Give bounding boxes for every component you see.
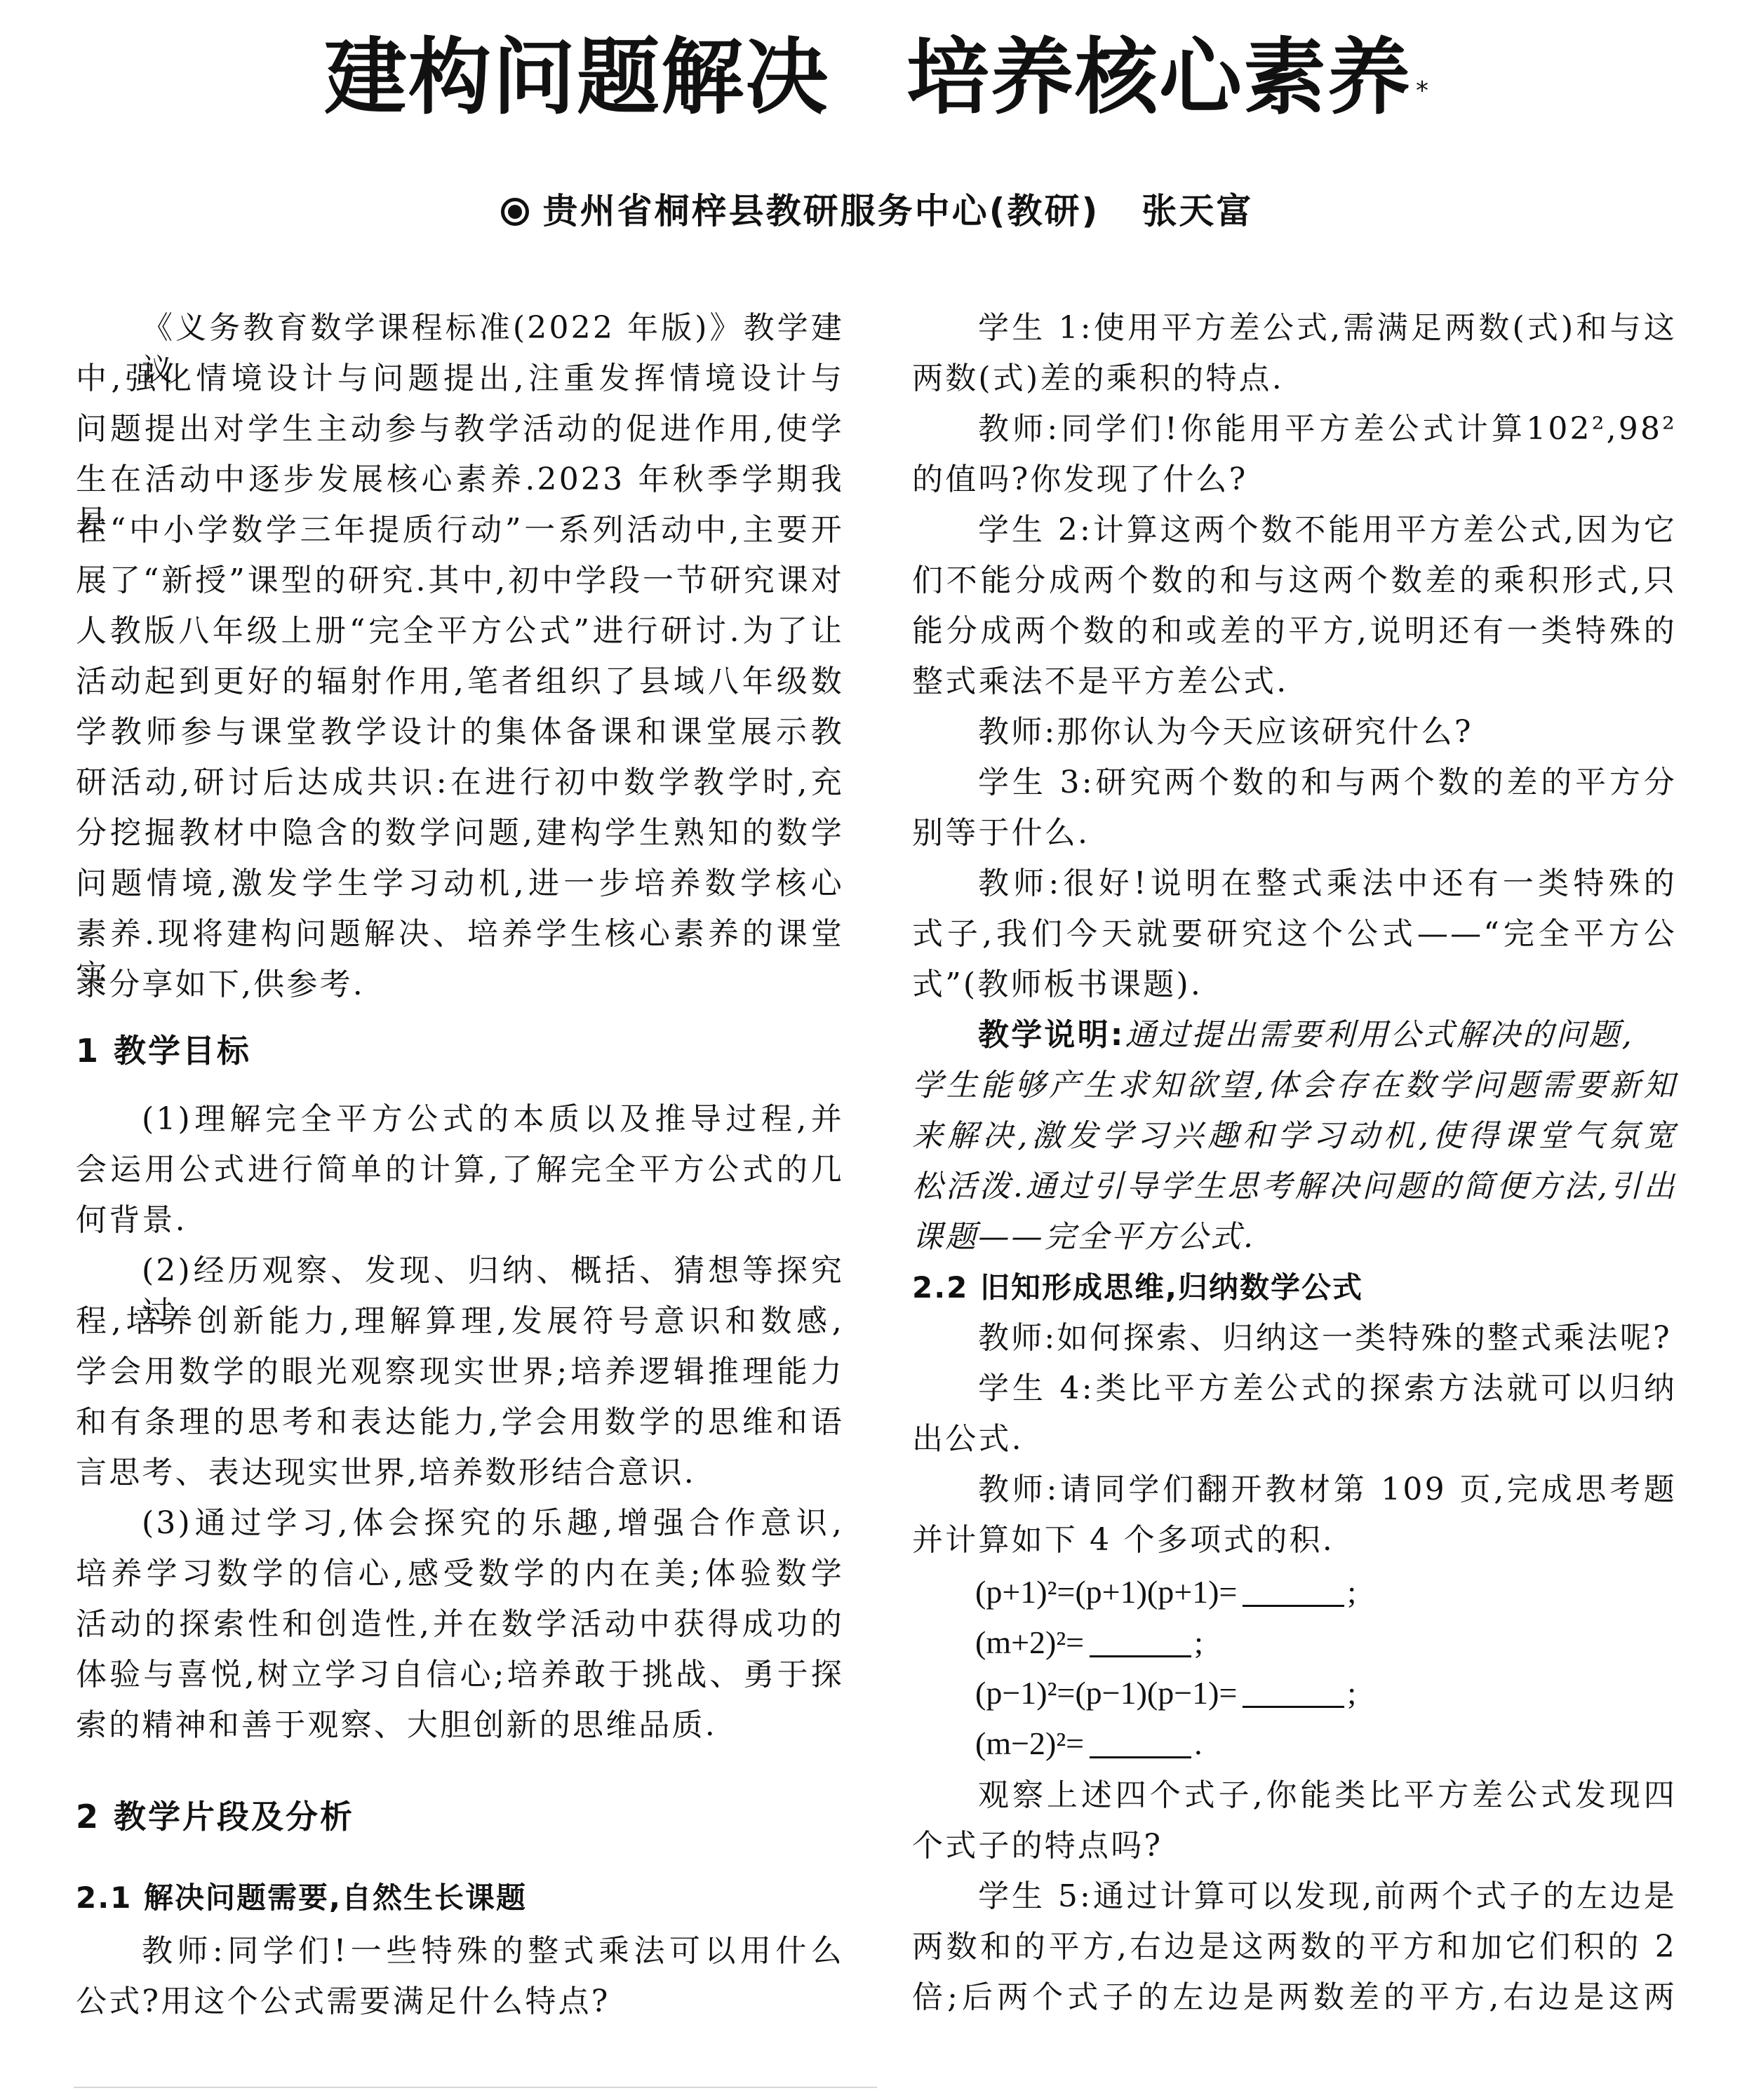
intro-line: 研活动,研讨后达成共识:在进行初中数学教学时,充	[76, 762, 844, 804]
title-footnote-mark: *	[1416, 76, 1430, 105]
subsection-heading-2-2: 2.2 旧知形成思维,归纳数学公式	[912, 1267, 1363, 1309]
section-heading-1: 1 教学目标	[76, 1030, 251, 1072]
dialogue-line: 式子,我们今天就要研究这个公式——“完全平方公	[912, 913, 1677, 955]
intro-line: 录分享如下,供参考.	[76, 964, 365, 1006]
goal-line: 活动的探索性和创造性,并在数学活动中获得成功的	[76, 1603, 844, 1645]
answer-blank[interactable]	[1090, 1627, 1191, 1657]
intro-line: 人教版八年级上册“完全平方公式”进行研讨.为了让	[76, 610, 844, 652]
teaching-note-line: 来解决,激发学习兴趣和学习动机,使得课堂气氛宽	[912, 1115, 1677, 1157]
teaching-note-line: 学生能够产生求知欲望,体会存在数学问题需要新知	[912, 1065, 1677, 1107]
formula-end: ;	[1347, 1675, 1356, 1711]
formula-expression: (p−1)²=(p−1)(p−1)=	[975, 1675, 1237, 1711]
dialogue-line: 学生 5:通过计算可以发现,前两个式子的左边是	[912, 1876, 1677, 1918]
goal-line: (1)理解完全平方公式的本质以及推导过程,并	[76, 1098, 844, 1140]
dialogue-line: 教师:请同学们翻开教材第 109 页,完成思考题	[912, 1469, 1677, 1511]
footnote-divider	[74, 2087, 877, 2088]
dialogue-line: 别等于什么.	[912, 812, 1090, 854]
formula-row: (p+1)²=(p+1)(p+1)=;	[975, 1571, 1356, 1613]
goal-line: 学会用数学的眼光观察现实世界;培养逻辑推理能力	[76, 1351, 844, 1393]
formula-expression: (p+1)²=(p+1)(p+1)=	[975, 1574, 1237, 1610]
goal-line: 和有条理的思考和表达能力,学会用数学的思维和语	[76, 1401, 844, 1443]
dialogue-line: 并计算如下 4 个多项式的积.	[912, 1519, 1334, 1561]
teaching-note-line: 课题——完全平方公式.	[912, 1216, 1255, 1258]
dialogue-line: 的值吗?你发现了什么?	[912, 459, 1247, 501]
dialogue-line: 教师:那你认为今天应该研究什么?	[912, 711, 1473, 753]
author-name: 张天富	[1142, 191, 1253, 231]
dialogue-line: 教师:如何探索、归纳这一类特殊的整式乘法呢?	[912, 1317, 1672, 1359]
dialogue-line: 学生 3:研究两个数的和与两个数的差的平方分	[912, 762, 1677, 804]
formula-expression: (m−2)²=	[975, 1725, 1084, 1761]
title-part-1: 建构问题解决	[324, 29, 829, 126]
goal-line: 会运用公式进行简单的计算,了解完全平方公式的几	[76, 1149, 844, 1191]
section-heading-2: 2 教学片段及分析	[76, 1796, 354, 1838]
intro-line: 学教师参与课堂教学设计的集体备课和课堂展示教	[76, 711, 844, 753]
goal-line: 言思考、表达现实世界,培养数形结合意识.	[76, 1452, 696, 1494]
dialogue-line: 两数(式)差的乘积的特点.	[912, 358, 1284, 400]
formula-expression: (m+2)²=	[975, 1624, 1084, 1660]
dialogue-line: 教师:很好!说明在整式乘法中还有一类特殊的	[912, 863, 1677, 905]
dialogue-line: 们不能分成两个数的和与这两个数差的乘积形式,只	[912, 560, 1677, 602]
dialogue-line: 能分成两个数的和或差的平方,说明还有一类特殊的	[912, 610, 1677, 652]
intro-line: 问题提出对学生主动参与教学活动的促进作用,使学	[76, 408, 844, 450]
dialogue-line: 式”(教师板书课题).	[912, 964, 1203, 1006]
dialogue-line: 学生 4:类比平方差公式的探索方法就可以归纳	[912, 1368, 1677, 1410]
teaching-note-label: 教学说明:	[978, 1017, 1125, 1053]
subsection-heading-2-1: 2.1 解决问题需要,自然生长课题	[76, 1877, 527, 1919]
dialogue-line: 整式乘法不是平方差公式.	[912, 661, 1288, 703]
dialogue-line: 观察上述四个式子,你能类比平方差公式发现四	[912, 1775, 1677, 1817]
intro-line: 展了“新授”课型的研究.其中,初中学段一节研究课对	[76, 560, 844, 602]
goal-line: 体验与喜悦,树立学习自信心;培养敢于挑战、勇于探	[76, 1654, 844, 1696]
formula-end: ;	[1347, 1574, 1356, 1610]
answer-blank[interactable]	[1243, 1577, 1344, 1607]
dialogue-line: 教师:同学们!一些特殊的整式乘法可以用什么	[76, 1930, 844, 1972]
intro-line: 活动起到更好的辐射作用,笔者组织了县域八年级数	[76, 661, 844, 703]
author-affiliation: 贵州省桐梓县教研服务中心(教研)	[543, 191, 1100, 231]
teaching-note-text: 通过提出需要利用公式解决的问题,	[1125, 1017, 1634, 1053]
teaching-note-line: 松活泼.通过引导学生思考解决问题的简便方法,引出	[912, 1166, 1677, 1208]
answer-blank[interactable]	[1243, 1678, 1344, 1708]
dialogue-line: 学生 1:使用平方差公式,需满足两数(式)和与这	[912, 307, 1677, 349]
goal-line: (3)通过学习,体会探究的乐趣,增强合作意识,	[76, 1502, 844, 1544]
goal-line: 程,培养创新能力,理解算理,发展符号意识和数感,	[76, 1300, 844, 1342]
formula-row: (p−1)²=(p−1)(p−1)=;	[975, 1672, 1356, 1714]
dialogue-line: 学生 2:计算这两个数不能用平方差公式,因为它	[912, 509, 1677, 551]
dialogue-line: 个式子的特点吗?	[912, 1825, 1163, 1867]
dialogue-line: 倍;后两个式子的左边是两数差的平方,右边是这两	[912, 1977, 1677, 2019]
dialogue-line: 两数和的平方,右边是这两数的平方和加它们积的 2	[912, 1926, 1677, 1968]
intro-line: 中,强化情境设计与问题提出,注重发挥情境设计与	[76, 358, 844, 400]
formula-end: ;	[1194, 1624, 1203, 1660]
title-part-2: 培养核心素养	[906, 29, 1412, 126]
dialogue-line: 教师:同学们!你能用平方差公式计算102²,98²	[912, 408, 1677, 450]
goal-line: 索的精神和善于观察、大胆创新的思维品质.	[76, 1704, 717, 1746]
formula-row: (m−2)²=.	[975, 1723, 1203, 1765]
byline: 贵州省桐梓县教研服务中心(教研)张天富	[0, 187, 1754, 236]
teaching-note-line: 教学说明:通过提出需要利用公式解决的问题,	[912, 1014, 1677, 1056]
intro-line: 分挖掘教材中隐含的数学问题,建构学生熟知的数学	[76, 812, 844, 854]
goal-line: 何背景.	[76, 1199, 187, 1241]
dialogue-line: 公式?用这个公式需要满足什么特点?	[76, 1981, 610, 2023]
intro-line: 问题情境,激发学生学习动机,进一步培养数学核心	[76, 863, 844, 905]
formula-row: (m+2)²=;	[975, 1622, 1203, 1664]
dialogue-line: 出公式.	[912, 1418, 1024, 1460]
answer-blank[interactable]	[1090, 1728, 1191, 1758]
formula-end: .	[1194, 1725, 1203, 1761]
article-title: 建构问题解决培养核心素养*	[0, 28, 1754, 126]
bullet-circle-icon	[501, 198, 529, 226]
intro-line: 在“中小学数学三年提质行动”一系列活动中,主要开	[76, 509, 844, 551]
goal-line: 培养学习数学的信心,感受数学的内在美;体验数学	[76, 1553, 844, 1595]
